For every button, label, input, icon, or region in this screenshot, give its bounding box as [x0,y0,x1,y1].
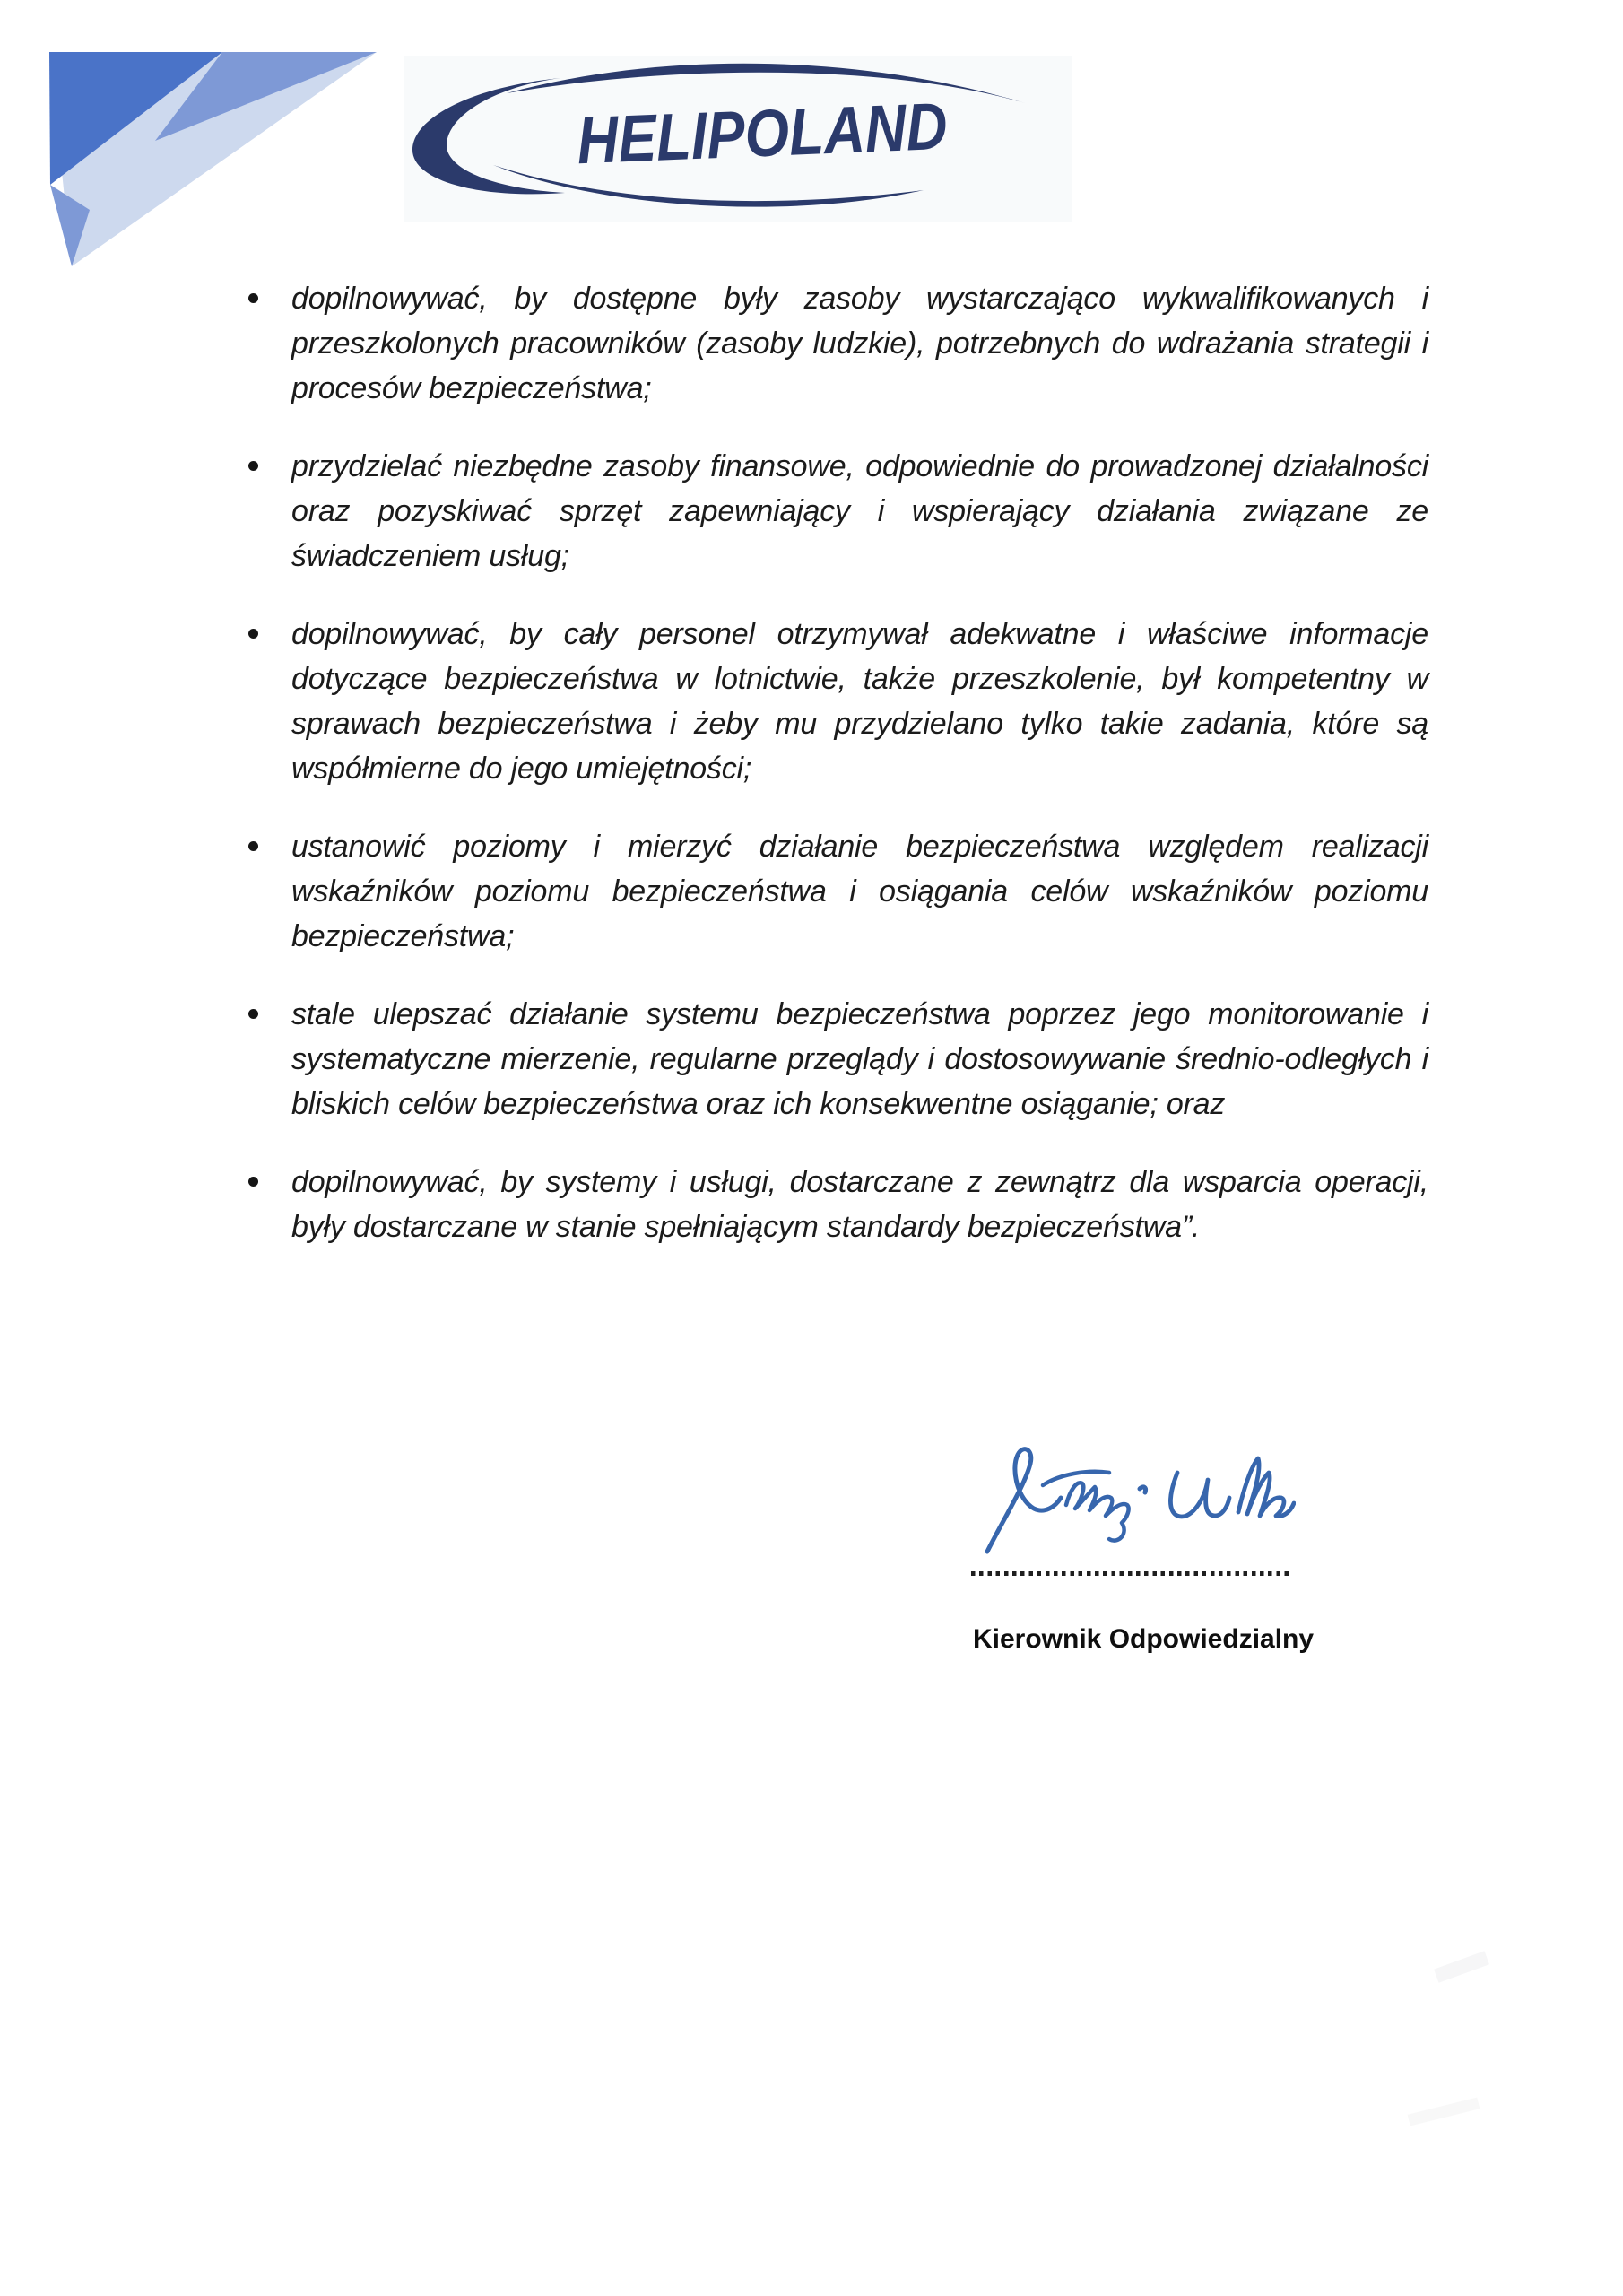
scan-artifact [1434,1951,1489,1983]
signature-stroke [1066,1483,1129,1540]
bullet-text-1: dopilnowywać, by dostępne były zasoby wy… [291,282,1428,405]
bullet-marker [248,293,258,303]
signature-dotted-line [971,1571,1292,1576]
signature-role-label: Kierownik Odpowiedzialny [973,1620,1292,1659]
bullet-text-6: dopilnowywać, by systemy i usługi, dosta… [291,1165,1428,1244]
bullet-text-3: dopilnowywać, by cały personel otrzymywa… [291,617,1428,786]
bullet-text-4: ustanowić poziomy i mierzyć działanie be… [291,830,1428,953]
signature-stroke [1170,1473,1229,1517]
bullet-marker [248,629,258,639]
bullet-text-2: przydzielać niezbędne zasoby finansowe, … [291,449,1428,573]
bullet-item-6: dopilnowywać, by systemy i usługi, dosta… [233,1160,1428,1249]
signature-stroke [987,1449,1061,1552]
signature-stroke [1140,1487,1146,1492]
bullet-item-4: ustanowić poziomy i mierzyć działanie be… [233,824,1428,959]
logo-text: HELIPOLAND [576,89,949,178]
bullet-item-5: stale ulepszać działanie systemu bezpiec… [233,992,1428,1126]
bullet-marker [248,461,258,471]
bullet-item-3: dopilnowywać, by cały personel otrzymywa… [233,612,1428,791]
document-page: HELIPOLAND dopilnowywać, by dostępne był… [0,0,1623,2296]
bullet-item-2: przydzielać niezbędne zasoby finansowe, … [233,444,1428,578]
bullet-marker [248,1177,258,1187]
bullet-marker [248,1009,258,1019]
bullet-text-5: stale ulepszać działanie systemu bezpiec… [291,997,1428,1121]
bullet-list: dopilnowywać, by dostępne były zasoby wy… [233,276,1428,1283]
scan-artifact [1408,2098,1480,2126]
bullet-marker [248,841,258,851]
helipoland-logo-graphic: HELIPOLAND [404,56,1072,222]
logo-left-crescent [412,78,565,194]
helipoland-logo: HELIPOLAND [404,56,1072,222]
corner-decoration-triangle [47,41,387,274]
signature-handwriting [973,1433,1296,1559]
bullet-item-1: dopilnowywać, by dostępne były zasoby wy… [233,276,1428,411]
signature-stroke [1238,1458,1294,1516]
